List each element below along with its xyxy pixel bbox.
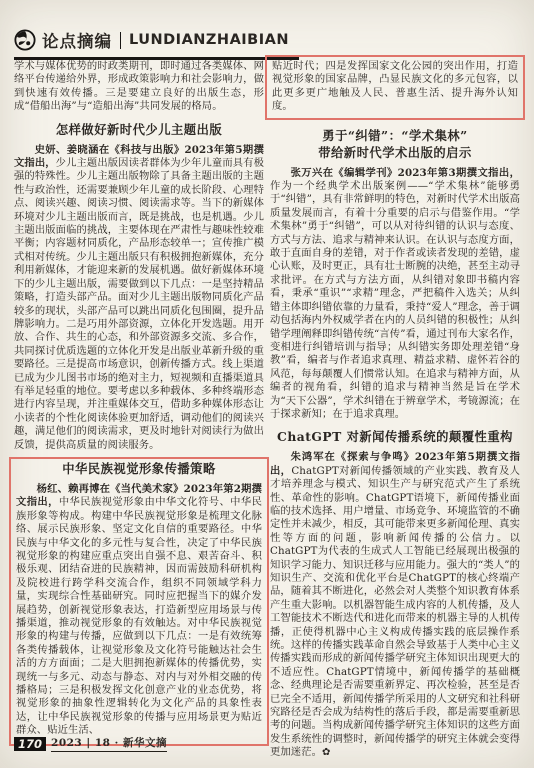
article-chatgpt: ChatGPT 对新闻传播系统的颠覆性重构 朱鸿军在《探索与争鸣》2023年第5… (270, 429, 520, 759)
article-continuation-shijue: 贴近时代；四是发挥国家文化公园的突出作用，打造视觉形象的国家品牌，凸显民族文化的… (272, 60, 518, 114)
right-column: 贴近时代；四是发挥国家文化公园的突出作用，打造视觉形象的国家品牌，凸显民族文化的… (270, 55, 520, 760)
page-footer: 170 2023 | 18 · 新华文摘 (14, 735, 167, 752)
left-column: 学术与媒体优势的时政类期刊，即时通过各类媒体、网络平台传递给外界，形成政策影响力… (14, 60, 264, 746)
article-body-shaoer: 史妍、姜晓涵在《科技与出版》2023年第5期撰文指出，少儿主题出版因读者群体为少… (14, 144, 264, 452)
article-body-jiucuo: 张万兴在《编辑学刊》2023年第3期撰文指出，作为一个经典学术出版案例——“学术… (270, 167, 520, 422)
continuation-paragraph: 学术与媒体优势的时政类期刊，即时通过各类媒体、网络平台传递给外界，形成政策影响力… (14, 60, 264, 114)
highlight-box-right: 贴近时代；四是发挥国家文化公园的突出作用，打造视觉形象的国家品牌，凸显民族文化的… (265, 55, 525, 120)
masthead-title-cn: 论点摘编 (42, 28, 112, 52)
article-citation-jiucuo: 张万兴在《编辑学刊》2023年第3期撰文指出， (291, 167, 520, 179)
article-title-shaoer: 怎样做好新时代少儿主题出版 (14, 122, 264, 138)
masthead-title-latin: LUNDIANZHAIBIAN (129, 32, 289, 48)
article-end-flower-icon: ✿ (322, 747, 330, 758)
page-number-badge: 170 (14, 737, 46, 751)
article-jiucuo: 勇于“纠错”：“学术集林” 带给新时代学术出版的启示 张万兴在《编辑学刊》202… (270, 128, 520, 422)
article-title-jiucuo-line2: 带给新时代学术出版的启示 (270, 145, 520, 161)
article-text-shaoer: 少儿主题出版因读者群体为少年儿童而具有极强的特殊性。少儿主题出版物除了具备主题出… (14, 157, 264, 451)
lundian-logo-icon (14, 29, 36, 51)
article-text-shijue: 中华民族视觉形象由中华文化符号、中华民族形象等构成。构建中华民族视觉形象是梳理文… (16, 496, 262, 736)
masthead: 论点摘编 LUNDIANZHAIBIAN (14, 28, 299, 60)
article-title-chatgpt: ChatGPT 对新闻传播系统的颠覆性重构 (270, 429, 520, 445)
article-body-shijue: 杨红、赖再博在《当代美术家》2023年第2期撰文指出，中华民族视觉形象由中华文化… (16, 483, 262, 738)
highlight-box-left: 中华民族视觉形象传播策略 杨红、赖再博在《当代美术家》2023年第2期撰文指出，… (9, 457, 269, 746)
article-body-chatgpt: 朱鸿军在《探索与争鸣》2023年第5期撰文指出，ChatGPT对新闻传播领域的产… (270, 451, 520, 759)
issue-info: 2023 | 18 · 新华文摘 (51, 735, 167, 752)
article-text-jiucuo: 作为一个经典学术出版案例——“学术集林”能够勇于“纠错”，具有非常鲜明的特色，对… (270, 180, 520, 420)
article-text-chatgpt: ChatGPT对新闻传播领域的产业实践、教育及人才培养理念与模式、知识生产与研究… (270, 465, 520, 759)
masthead-divider (120, 32, 121, 49)
article-shaoer-chuban: 怎样做好新时代少儿主题出版 史妍、姜晓涵在《科技与出版》2023年第5期撰文指出… (14, 122, 264, 452)
magazine-page: 论点摘编 LUNDIANZHAIBIAN 学术与媒体优势的时政类期刊，即时通过各… (0, 0, 534, 768)
article-title-shijue: 中华民族视觉形象传播策略 (16, 461, 262, 477)
article-title-jiucuo-line1: 勇于“纠错”：“学术集林” (270, 128, 520, 144)
